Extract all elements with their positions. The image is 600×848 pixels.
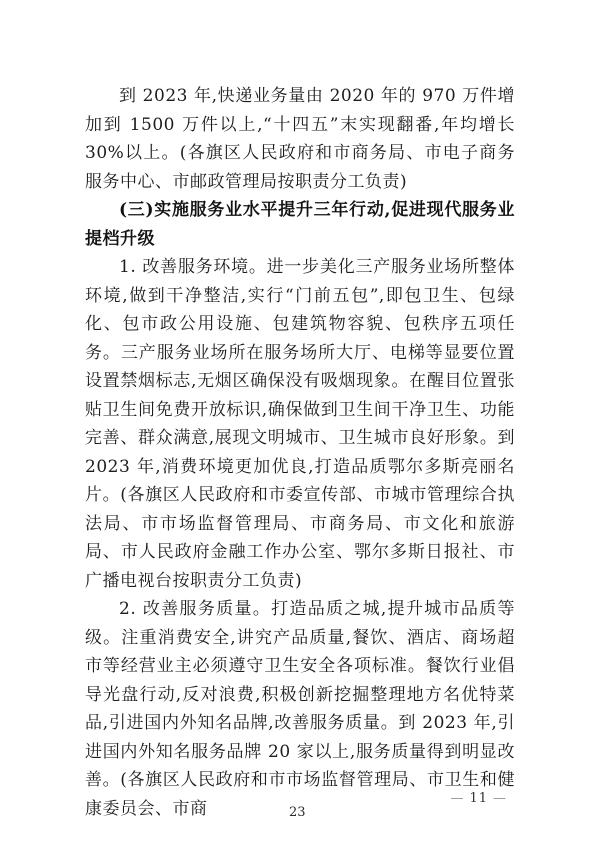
paragraph-express-delivery: 到 2023 年,快递业务量由 2020 年的 970 万件增加到 1500 万… xyxy=(85,82,515,196)
sheet-number: 23 xyxy=(289,806,306,820)
page-number-dash-left: — xyxy=(445,791,469,806)
page-number: 11 xyxy=(469,791,488,806)
paragraph-item-2-service-quality: 2. 改善服务质量。打造品质之城,提升城市品质等级。注重消费安全,讲究产品质量,… xyxy=(85,595,515,823)
page-background: 到 2023 年,快递业务量由 2020 年的 970 万件增加到 1500 万… xyxy=(0,0,600,848)
document-page: { "document": { "paragraphs": { "p1": "到… xyxy=(0,0,600,848)
paragraph-item-1-service-environment: 1. 改善服务环境。进一步美化三产服务业场所整体环境,做到干净整洁,实行“门前五… xyxy=(85,253,515,595)
document-body: 到 2023 年,快递业务量由 2020 年的 970 万件增加到 1500 万… xyxy=(85,82,515,823)
section-heading-three: (三)实施服务业水平提升三年行动,促进现代服务业提档升级 xyxy=(85,196,515,253)
page-number-label: —11— xyxy=(445,792,512,806)
page-number-dash-right: — xyxy=(488,791,512,806)
